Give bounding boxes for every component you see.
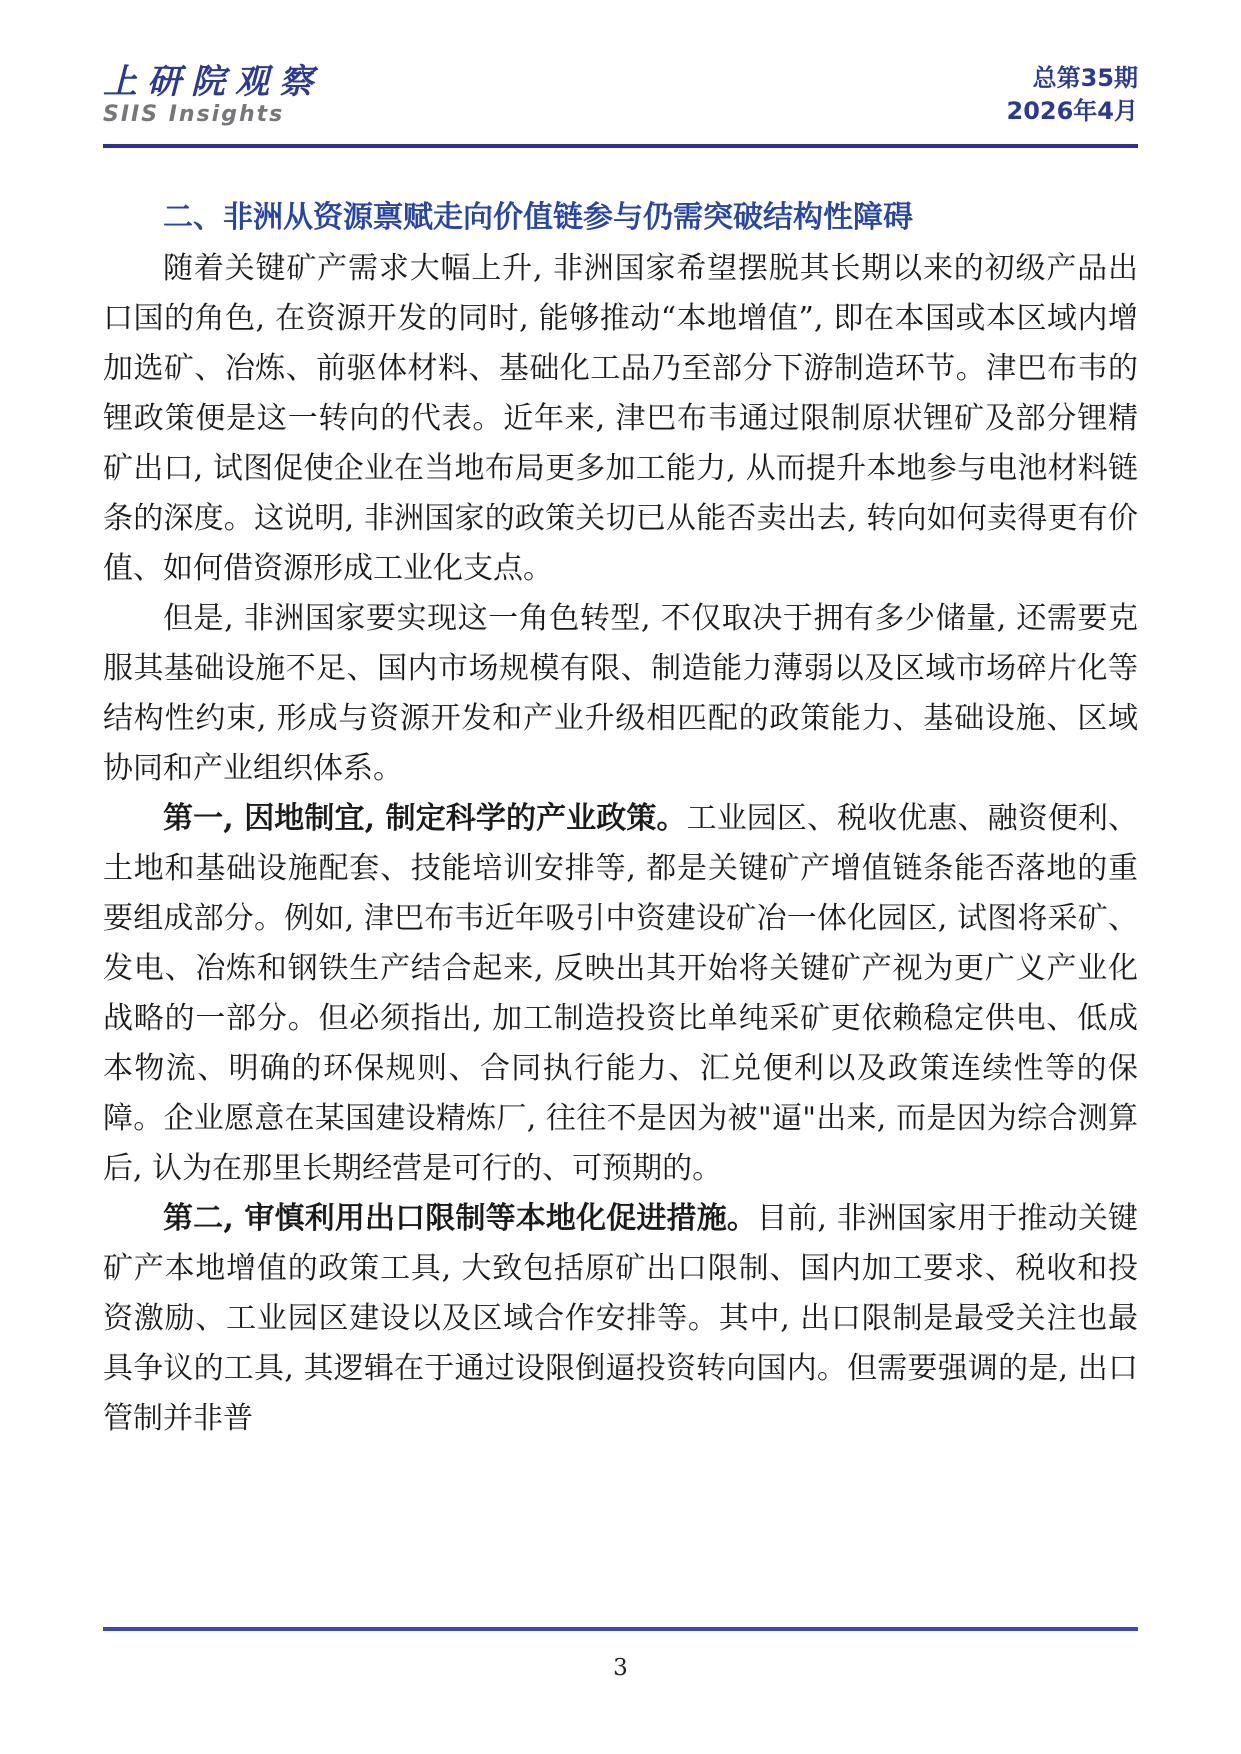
issue-date: 2026年4月 (1007, 95, 1139, 128)
brand-logo-english: SIIS Insights (103, 102, 323, 128)
page-header: 上研院观察 SIIS Insights 总第35期 2026年4月 (0, 0, 1241, 128)
page-number: 3 (0, 1654, 1241, 1682)
paragraph-lead: 第一, 因地制宜, 制定科学的产业政策。 (163, 801, 687, 836)
brand-logo-chinese: 上研院观察 (103, 62, 323, 102)
paragraph-text: 随着关键矿产需求大幅上升, 非洲国家希望摆脱其长期以来的初级产品出口国的角色, … (103, 251, 1138, 586)
header-divider (103, 144, 1138, 148)
brand-block: 上研院观察 SIIS Insights (103, 62, 323, 128)
paragraph-text: 目前, 非洲国家用于推动关键矿产本地增值的政策工具, 大致包括原矿出口限制、国内… (103, 1201, 1138, 1436)
body-paragraph: 第一, 因地制宜, 制定科学的产业政策。工业园区、税收优惠、融资便利、土地和基础… (103, 794, 1138, 1194)
paragraph-text: 工业园区、税收优惠、融资便利、土地和基础设施配套、技能培训安排等, 都是关键矿产… (103, 801, 1138, 1186)
issue-number: 总第35期 (1007, 62, 1139, 95)
document-page: 上研院观察 SIIS Insights 总第35期 2026年4月 二、非洲从资… (0, 0, 1241, 1754)
paragraph-container: 随着关键矿产需求大幅上升, 非洲国家希望摆脱其长期以来的初级产品出口国的角色, … (103, 244, 1138, 1444)
body-paragraph: 但是, 非洲国家要实现这一角色转型, 不仅取决于拥有多少储量, 还需要克服其基础… (103, 594, 1138, 794)
section-heading: 二、非洲从资源禀赋走向价值链参与仍需突破结构性障碍 (103, 198, 1138, 238)
issue-block: 总第35期 2026年4月 (1007, 62, 1139, 128)
document-body: 二、非洲从资源禀赋走向价值链参与仍需突破结构性障碍 随着关键矿产需求大幅上升, … (0, 198, 1241, 1444)
body-paragraph: 随着关键矿产需求大幅上升, 非洲国家希望摆脱其长期以来的初级产品出口国的角色, … (103, 244, 1138, 594)
paragraph-lead: 第二, 审慎利用出口限制等本地化促进措施。 (163, 1201, 757, 1236)
paragraph-text: 但是, 非洲国家要实现这一角色转型, 不仅取决于拥有多少储量, 还需要克服其基础… (103, 601, 1138, 786)
footer-divider (103, 1627, 1138, 1631)
body-paragraph: 第二, 审慎利用出口限制等本地化促进措施。目前, 非洲国家用于推动关键矿产本地增… (103, 1194, 1138, 1444)
